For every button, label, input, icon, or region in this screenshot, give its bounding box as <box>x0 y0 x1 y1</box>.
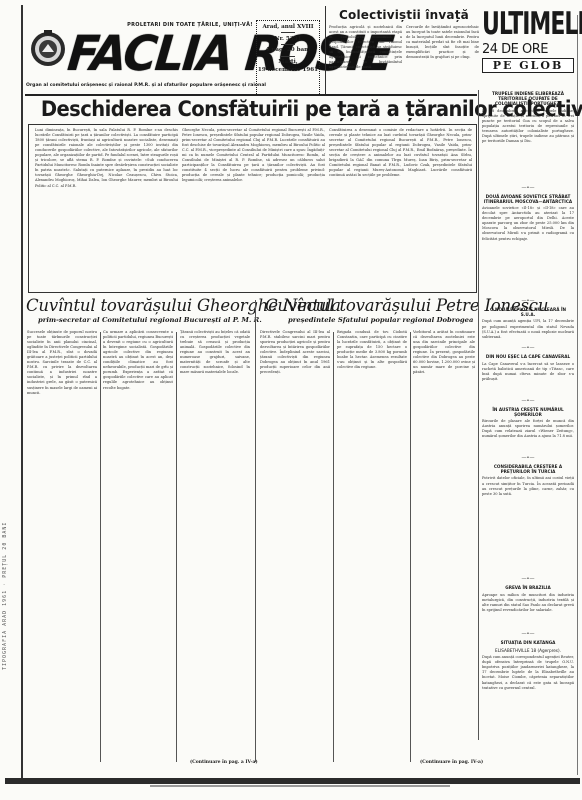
separator-icon: —•— <box>482 345 574 351</box>
feature-column-1: Producția agricolă și zootehnică din ace… <box>329 25 402 83</box>
masthead-subtitle: Organ al comitetului orășenesc și raiona… <box>26 83 256 88</box>
emblem-icon <box>29 28 67 68</box>
speech-1-column-3: Țăranii colectiviști au înțeles că odată… <box>180 330 250 712</box>
masthead-title: FACLIA ROSIE <box>65 23 249 84</box>
news-headline: GREVA ÎN BRAZILIA <box>482 585 574 590</box>
bottom-edge-strip <box>150 785 450 787</box>
news-text: După cum anunță corespondentul agenției … <box>482 655 574 765</box>
issue-place-year: Arad, anul XVIII <box>257 21 319 32</box>
news-dateline: ELISABETHVILLE 18 (Agerpres). <box>482 648 574 653</box>
separator-icon: —•— <box>482 185 574 191</box>
speech-1-column-1: Succesele obținute de poporul nostru pe … <box>27 330 97 712</box>
speech-2-column-3: Vorbitorul a arătat în continuare că dez… <box>413 330 475 712</box>
separator-icon: —•— <box>482 398 574 404</box>
latest-news-column: TRUPELE INDIENE ELIBEREAZĂ TERITORIILE O… <box>482 88 574 765</box>
speech-2-column-1: Directivele Congresului al III-lea al P.… <box>260 330 330 712</box>
issue-date: 19 decembrie 1961 <box>257 67 319 75</box>
news-headline: DIN NOU EȘEC LA CAPE CANAVERAL <box>482 354 574 359</box>
bottom-edge-band <box>5 778 580 784</box>
latest-news-subtitle: 24 DE ORE <box>482 42 574 57</box>
news-text: După cum anunță agenția UPI, la 17 decem… <box>482 319 574 345</box>
news-text: Avioanele sovietice «Il-18» și «Il-18» c… <box>482 206 574 298</box>
news-headline: DOUĂ AVIOANE SOVIETICE STRĂBAT ITINERARI… <box>482 194 574 204</box>
column-rule <box>410 332 411 762</box>
news-headline: ÎN AUSTRIA CREȘTE NUMĂRUL ȘOMERILOR <box>482 407 574 417</box>
issue-number: Nr. 5391 <box>257 33 319 44</box>
main-headline: Deschiderea Consfătuirii pe țară a țăran… <box>41 96 461 122</box>
lead-column-1: Luni dimineața, în București, în sala Pa… <box>35 128 178 288</box>
latest-news-header: ULTIMELE 24 DE ORE PE GLOB <box>482 8 574 73</box>
lead-column-3: Consfătuirea a desemnat o comisie de red… <box>329 128 472 288</box>
separator-icon: —•— <box>482 576 574 582</box>
column-rule <box>176 332 177 762</box>
newspaper-page: TIPOGRAFIA ARAD 1961 · PREȚUL 20 BANI PR… <box>0 0 582 800</box>
news-headline: CONSIDERABILA CREȘTERE A PREȚURILOR ÎN T… <box>482 464 574 474</box>
feature-article: Colectiviștii învață Producția agricolă … <box>325 6 479 94</box>
right-edge-rule <box>577 15 578 775</box>
speech-2-title: Cuvîntul tovarășului Petre Ionescu <box>265 296 548 316</box>
speech-1-column-2: Ca urmare a aplicării consecvente a poli… <box>103 330 173 712</box>
column-rule <box>100 332 101 762</box>
issue-weekday: Marți, <box>257 56 319 67</box>
separator-icon: —•— <box>482 631 574 637</box>
feature-column-2: Cercurile de învățămînt agrozootehnic au… <box>406 25 479 83</box>
left-edge-rule <box>21 5 23 780</box>
feature-title: Colectiviștii învață <box>329 8 479 22</box>
column-rule <box>478 90 479 740</box>
speech-2-subtitle: președintele Sfatului popular regional D… <box>288 316 473 324</box>
speech-2-continuation: (Continuare în pag. IV-a) <box>420 760 483 765</box>
margin-print-text: TIPOGRAFIA ARAD 1961 · PREȚUL 20 BANI <box>2 150 10 670</box>
news-text: Birourile de plasare ale forței de muncă… <box>482 419 574 455</box>
issue-price: 4 pag. 20 bani <box>257 44 319 55</box>
latest-news-title: ULTIMELE <box>482 10 574 41</box>
column-rule <box>333 332 334 762</box>
speech-1-continuation: (Continuare în pag. a IV-a) <box>190 760 258 765</box>
news-text: Potrivit datelor oficiale, în ultimii an… <box>482 476 574 576</box>
latest-news-banner: PE GLOB <box>482 58 574 73</box>
speech-1-subtitle: prim-secretar al Comitetului regional Bu… <box>38 316 262 324</box>
separator-icon: —•— <box>482 455 574 461</box>
news-text: La Cape Canaveral s-a încercat să se lan… <box>482 362 574 398</box>
issue-info-box: Arad, anul XVIII Nr. 5391 4 pag. 20 bani… <box>256 20 320 96</box>
news-text: Aproape un milion de muncitori din indus… <box>482 593 574 631</box>
lead-article: Luni dimineața, în București, în sala Pa… <box>28 124 477 293</box>
lead-column-2: Gheorghe Necula, prim-secretar al Comite… <box>182 128 325 288</box>
news-headline: SITUAȚIA DIN KATANGA <box>482 640 574 645</box>
speech-2-column-2: Brigada condusă de tov. Ciobotă Constant… <box>337 330 407 712</box>
column-rule <box>255 300 256 762</box>
